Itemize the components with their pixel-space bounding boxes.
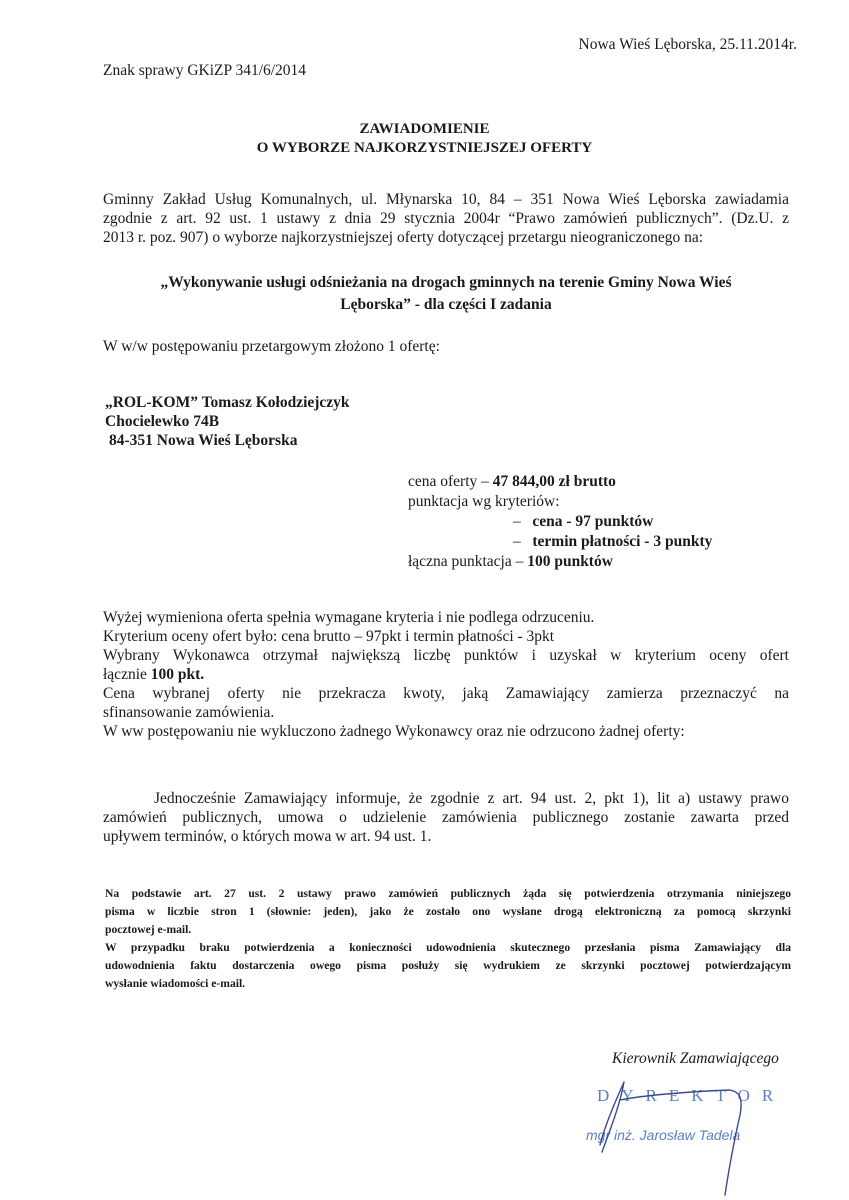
tender-subject-line: „Wykonywanie usługi odśnieżania na droga… [110,272,782,294]
criteria-item: – cena - 97 punktów [408,512,712,532]
tender-subject-line: Lęborska” - dla części I zadania [110,294,782,316]
signatory-title: Kierownik Zamawiającego [612,1050,779,1068]
findings-text: łącznie [103,666,151,683]
notice-line: pocztowej e-mail. [105,921,791,939]
notice-line: pisma w liczbie stron 1 (słownie: jeden)… [105,903,791,921]
handwritten-signature-icon [580,1070,760,1200]
findings-line: Wybrany Wykonawca otrzymał największą li… [103,646,789,665]
intro-line: zgodnie z art. 92 ust. 1 ustawy z dnia 2… [103,209,789,228]
document-title: ZAWIADOMIENIE [0,120,849,139]
confirmation-notice: Na podstawie art. 27 ust. 2 ustawy prawo… [105,885,791,993]
notice-line: wysłanie wiadomości e-mail. [105,975,791,993]
findings-line: Wyżej wymieniona oferta spełnia wymagane… [103,608,789,627]
place-date: Nowa Wieś Lęborska, 25.11.2014r. [579,36,798,54]
intro-paragraph: Gminny Zakład Usług Komunalnych, ul. Mły… [103,190,789,247]
findings-paragraph: Wyżej wymieniona oferta spełnia wymagane… [103,608,789,741]
info-line: upływem terminów, o których mowa w art. … [103,827,789,846]
info-line: zamówień publicznych, umowa o udzielenie… [103,808,789,827]
findings-line: Cena wybranej oferty nie przekracza kwot… [103,684,789,703]
case-reference: Znak sprawy GKiZP 341/6/2014 [103,62,306,80]
info-paragraph: Jednocześnie Zamawiający informuje, że z… [103,789,789,846]
total-value: 100 punktów [527,553,613,570]
findings-total: 100 pkt. [151,666,204,683]
price-value: 47 844,00 zł brutto [493,473,616,490]
offers-count: W w/w postępowaniu przetargowym złożono … [103,337,789,357]
contractor-street: Chocielewko 74B [105,412,350,431]
contractor-city: 84-351 Nowa Wieś Lęborska [105,431,350,450]
notice-line: Na podstawie art. 27 ust. 2 ustawy prawo… [105,885,791,903]
tender-subject: „Wykonywanie usługi odśnieżania na droga… [110,272,782,316]
notice-line: W przypadku braku potwierdzenia a koniec… [105,939,791,957]
criteria-text: cena - 97 punktów [532,513,653,530]
notice-line: udowodnienia faktu dostarczenia owego pi… [105,957,791,975]
criteria-label: punktacja wg kryteriów: [408,492,712,512]
findings-line: Kryterium oceny ofert było: cena brutto … [103,627,789,646]
contractor-name: „ROL-KOM” Tomasz Kołodziejczyk [105,393,350,412]
intro-line: 2013 r. poz. 907) o wyborze najkorzystni… [103,228,789,247]
contractor-address: „ROL-KOM” Tomasz Kołodziejczyk Chocielew… [105,393,350,450]
document-subtitle: O WYBORZE NAJKORZYSTNIEJSZEJ OFERTY [0,139,849,158]
criteria-item: – termin płatności - 3 punkty [408,532,712,552]
total-label: łączna punktacja – [408,553,527,570]
intro-line: Gminny Zakład Usług Komunalnych, ul. Mły… [103,190,789,209]
criteria-text: termin płatności - 3 punkty [532,533,712,550]
info-line: Jednocześnie Zamawiający informuje, że z… [103,789,789,808]
offer-summary: cena oferty – 47 844,00 zł brutto punkta… [408,472,712,572]
price-label: cena oferty – [408,473,493,490]
dash: – [513,533,521,550]
findings-line: sfinansowanie zamówienia. [103,703,789,722]
dash: – [513,513,521,530]
findings-line: W ww postępowaniu nie wykluczono żadnego… [103,722,789,741]
